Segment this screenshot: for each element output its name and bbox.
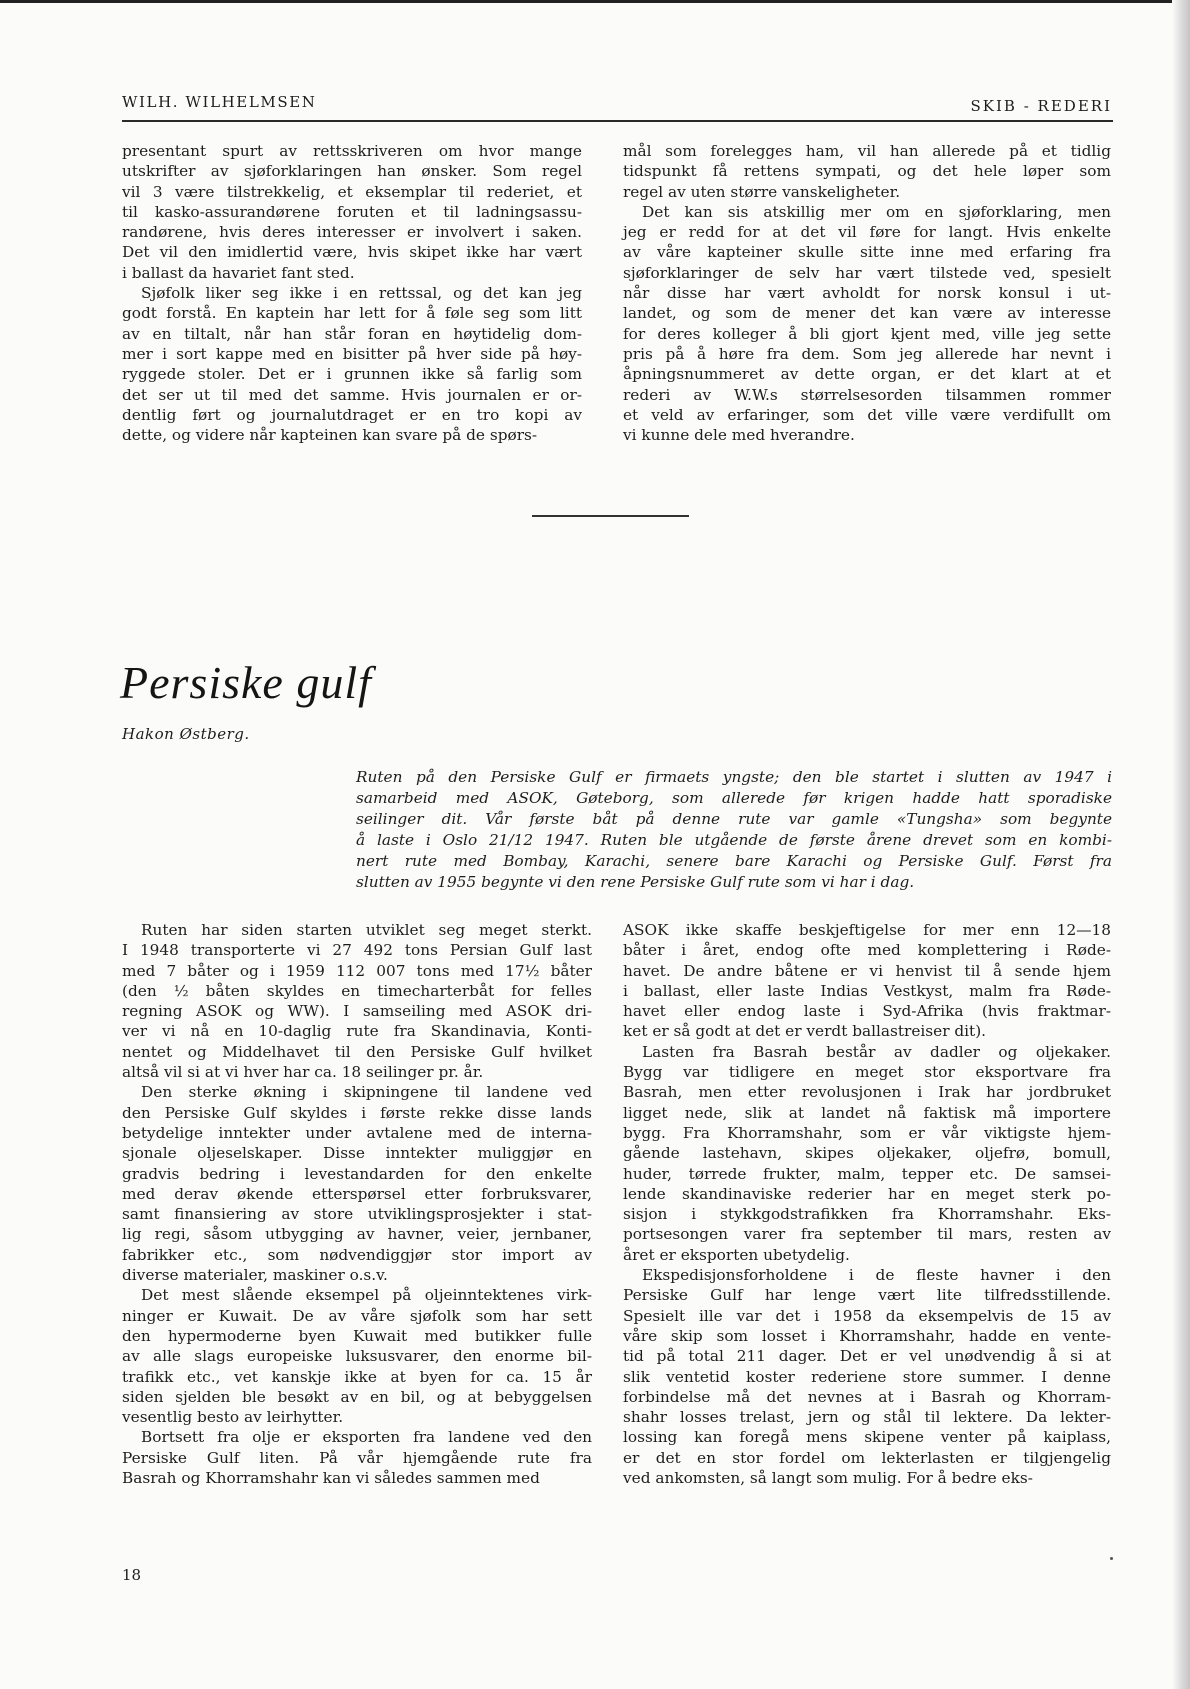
text-line: ryggede stoler. Det er i grunnen ikke så… — [122, 364, 582, 384]
text-line: sjøforklaringer de selv har vært tilsted… — [623, 263, 1111, 283]
text-line: siden sjelden ble besøkt av en bil, og a… — [122, 1387, 592, 1407]
text-line: (den ½ båten skyldes en timecharterbåt f… — [122, 981, 592, 1001]
text-line: Det vil den imidlertid være, hvis skipet… — [122, 242, 582, 262]
text-line: pris på å høre fra dem. Som jeg allerede… — [623, 344, 1111, 364]
text-line: lossing kan foregå mens skipene venter p… — [623, 1427, 1111, 1447]
text-line: det ser ut til med det samme. Hvis journ… — [122, 385, 582, 405]
text-line: båter i året, endog ofte med kompletteri… — [623, 940, 1111, 960]
text-line: Persiske Gulf liten. På vår hjemgående r… — [122, 1448, 592, 1468]
text-line: mer i sort kappe med en bisitter på hver… — [122, 344, 582, 364]
text-line: av våre kapteiner skulle sitte inne med … — [623, 242, 1111, 262]
paragraph: Bortsett fra olje er eksporten fra lande… — [122, 1427, 592, 1488]
text-line: med 7 båter og i 1959 112 007 tons med 1… — [122, 961, 592, 981]
lead-line: slutten av 1955 begynte vi den rene Pers… — [356, 872, 1112, 893]
text-line: regning ASOK og WW). I samseiling med AS… — [122, 1001, 592, 1021]
text-line: samt finansiering av store utviklingspro… — [122, 1204, 592, 1224]
paragraph: ASOK ikke skaffe beskjeftigelse for mer … — [623, 920, 1111, 1042]
text-line: Basrah og Khorramshahr kan vi således sa… — [122, 1468, 592, 1488]
text-line: bygg. Fra Khorramshahr, som er vår vikti… — [623, 1123, 1111, 1143]
text-line: mål som forelegges ham, vil han allerede… — [623, 141, 1111, 161]
text-line: havet. De andre båtene er vi henvist til… — [623, 961, 1111, 981]
article-title: Persiske gulf — [120, 656, 372, 709]
text-line: i ballast da havariet fant sted. — [122, 263, 582, 283]
text-line: portsesongen varer fra september til mar… — [623, 1224, 1111, 1244]
header-section: SKIB - REDERI — [971, 97, 1112, 115]
text-line: i ballast, eller laste Indias Vestkyst, … — [623, 981, 1111, 1001]
text-line: utskrifter av sjøforklaringen han ønsker… — [122, 161, 582, 181]
text-line: av en tiltalt, når han står foran en høy… — [122, 324, 582, 344]
text-line: Den sterke økning i skipningene til land… — [122, 1082, 592, 1102]
paragraph: Lasten fra Basrah består av dadler og ol… — [623, 1042, 1111, 1265]
lead-line: samarbeid med ASOK, Gøteborg, som allere… — [356, 788, 1112, 809]
text-line: Bygg var tidligere en meget stor eksport… — [623, 1062, 1111, 1082]
text-line: Det mest slående eksempel på oljeinntekt… — [122, 1285, 592, 1305]
text-line: Persiske Gulf har lenge vært lite tilfre… — [623, 1285, 1111, 1305]
paragraph: Det mest slående eksempel på oljeinntekt… — [122, 1285, 592, 1427]
text-line: jeg er redd for at det vil føre for lang… — [623, 222, 1111, 242]
paragraph: Ruten har siden starten utviklet seg meg… — [122, 920, 592, 1082]
text-line: regel av uten større vanskeligheter. — [623, 182, 1111, 202]
text-line: med derav økende etterspørsel etter forb… — [122, 1184, 592, 1204]
text-line: dette, og videre når kapteinen kan svare… — [122, 425, 582, 445]
text-line: Det kan sis atskillig mer om en sjøforkl… — [623, 202, 1111, 222]
text-line: et veld av erfaringer, som det ville vær… — [623, 405, 1111, 425]
text-line: slik ventetid koster rederiene store sum… — [623, 1367, 1111, 1387]
text-line: vesentlig besto av leirhytter. — [122, 1407, 592, 1427]
text-line: er det en stor fordel om lekterlasten er… — [623, 1448, 1111, 1468]
text-line: Ekspedisjonsforholdene i de fleste havne… — [623, 1265, 1111, 1285]
text-line: den Persiske Gulf skyldes i første rekke… — [122, 1103, 592, 1123]
text-line: altså vil si at vi hver har ca. 18 seili… — [122, 1062, 592, 1082]
text-line: gående lastehavn, skipes oljekaker, olje… — [623, 1143, 1111, 1163]
text-line: presentant spurt av rettsskriveren om hv… — [122, 141, 582, 161]
paragraph: Ekspedisjonsforholdene i de fleste havne… — [623, 1265, 1111, 1488]
text-line: randørene, hvis deres interesser er invo… — [122, 222, 582, 242]
text-line: våre skip som losset i Khorramshahr, had… — [623, 1326, 1111, 1346]
header-rule — [122, 120, 1113, 122]
text-line: året er eksporten ubetydelig. — [623, 1245, 1111, 1265]
text-line: når disse har vært avholdt for norsk kon… — [623, 283, 1111, 303]
page-number: 18 — [122, 1566, 141, 1584]
text-line: huder, tørrede frukter, malm, tepper etc… — [623, 1164, 1111, 1184]
paragraph: Sjøfolk liker seg ikke i en rettssal, og… — [122, 283, 582, 445]
running-header: WILH. WILHELMSEN SKIB - REDERI — [122, 93, 1112, 123]
lead-line: nert rute med Bombay, Karachi, senere ba… — [356, 851, 1112, 872]
text-line: godt forstå. En kaptein har lett for å f… — [122, 303, 582, 323]
lead-line: Ruten på den Persiske Gulf er firmaets y… — [356, 767, 1112, 788]
text-line: den hypermoderne byen Kuwait med butikke… — [122, 1326, 592, 1346]
article-right-column: ASOK ikke skaffe beskjeftigelse for mer … — [623, 920, 1111, 1488]
lead-line: å laste i Oslo 21/12 1947. Ruten ble utg… — [356, 830, 1112, 851]
text-line: betydelige inntekter under avtalene med … — [122, 1123, 592, 1143]
text-line: av alle slags europeiske luksusvarer, de… — [122, 1346, 592, 1366]
text-line: nentet og Middelhavet til den Persiske G… — [122, 1042, 592, 1062]
continued-article-right-column: mål som forelegges ham, vil han allerede… — [623, 141, 1111, 445]
article-left-column: Ruten har siden starten utviklet seg meg… — [122, 920, 592, 1488]
text-line: ver vi nå en 10-daglig rute fra Skandina… — [122, 1021, 592, 1041]
text-line: shahr losses trelast, jern og stål til l… — [623, 1407, 1111, 1427]
lead-line: seilinger dit. Vår første båt på denne r… — [356, 809, 1112, 830]
text-line: Sjøfolk liker seg ikke i en rettssal, og… — [122, 283, 582, 303]
text-line: ASOK ikke skaffe beskjeftigelse for mer … — [623, 920, 1111, 940]
text-line: for deres kolleger å bli gjort kjent med… — [623, 324, 1111, 344]
paragraph: Den sterke økning i skipningene til land… — [122, 1082, 592, 1285]
article-separator-rule — [532, 515, 689, 517]
text-line: lende skandinaviske rederier har en mege… — [623, 1184, 1111, 1204]
article-byline: Hakon Østberg. — [122, 725, 250, 743]
text-line: sisjon i stykkgodstrafikken fra Khorrams… — [623, 1204, 1111, 1224]
text-line: trafikk etc., vet kanskje ikke at byen f… — [122, 1367, 592, 1387]
text-line: forbindelse må det nevnes at i Basrah og… — [623, 1387, 1111, 1407]
text-line: landet, og som de mener det kan være av … — [623, 303, 1111, 323]
text-line: Bortsett fra olje er eksporten fra lande… — [122, 1427, 592, 1447]
text-line: ligget nede, slik at landet nå faktisk m… — [623, 1103, 1111, 1123]
paragraph: mål som forelegges ham, vil han allerede… — [623, 141, 1111, 202]
text-line: vi kunne dele med hverandre. — [623, 425, 1111, 445]
text-line: ved ankomsten, så langt som mulig. For å… — [623, 1468, 1111, 1488]
text-line: åpningsnummeret av dette organ, er det k… — [623, 364, 1111, 384]
text-line: ket er så godt at det er verdt ballastre… — [623, 1021, 1111, 1041]
scan-page-gutter-shadow — [1172, 0, 1190, 1689]
text-line: gradvis bedring i levestandarden for den… — [122, 1164, 592, 1184]
text-line: vil 3 være tilstrekkelig, et eksemplar t… — [122, 182, 582, 202]
text-line: Lasten fra Basrah består av dadler og ol… — [623, 1042, 1111, 1062]
text-line: dentlig ført og journalutdraget er en tr… — [122, 405, 582, 425]
text-line: Spesielt ille var det i 1958 da eksempel… — [623, 1306, 1111, 1326]
text-line: diverse materialer, maskiner o.s.v. — [122, 1265, 592, 1285]
text-line: tid på total 211 dager. Det er vel unødv… — [623, 1346, 1111, 1366]
text-line: ninger er Kuwait. De av våre sjøfolk som… — [122, 1306, 592, 1326]
text-line: rederi av W.W.s størrelsesorden tilsamme… — [623, 385, 1111, 405]
scan-speck — [1110, 1557, 1113, 1560]
text-line: havet eller endog laste i Syd-Afrika (hv… — [623, 1001, 1111, 1021]
text-line: lig regi, såsom utbygging av havner, vei… — [122, 1224, 592, 1244]
text-line: sjonale oljeselskaper. Disse inntekter m… — [122, 1143, 592, 1163]
paragraph: presentant spurt av rettsskriveren om hv… — [122, 141, 582, 283]
text-line: Basrah, men etter revolusjonen i Irak ha… — [623, 1082, 1111, 1102]
text-line: tidspunkt få rettens sympati, og det hel… — [623, 161, 1111, 181]
text-line: Ruten har siden starten utviklet seg meg… — [122, 920, 592, 940]
paragraph: Det kan sis atskillig mer om en sjøforkl… — [623, 202, 1111, 446]
article-lead-paragraph: Ruten på den Persiske Gulf er firmaets y… — [356, 767, 1112, 893]
scan-top-edge — [0, 0, 1190, 3]
text-line: fabrikker etc., som nødvendiggjør stor i… — [122, 1245, 592, 1265]
text-line: I 1948 transporterte vi 27 492 tons Pers… — [122, 940, 592, 960]
text-line: til kasko-assurandørene foruten et til l… — [122, 202, 582, 222]
continued-article-left-column: presentant spurt av rettsskriveren om hv… — [122, 141, 582, 445]
header-publisher: WILH. WILHELMSEN — [122, 93, 317, 111]
